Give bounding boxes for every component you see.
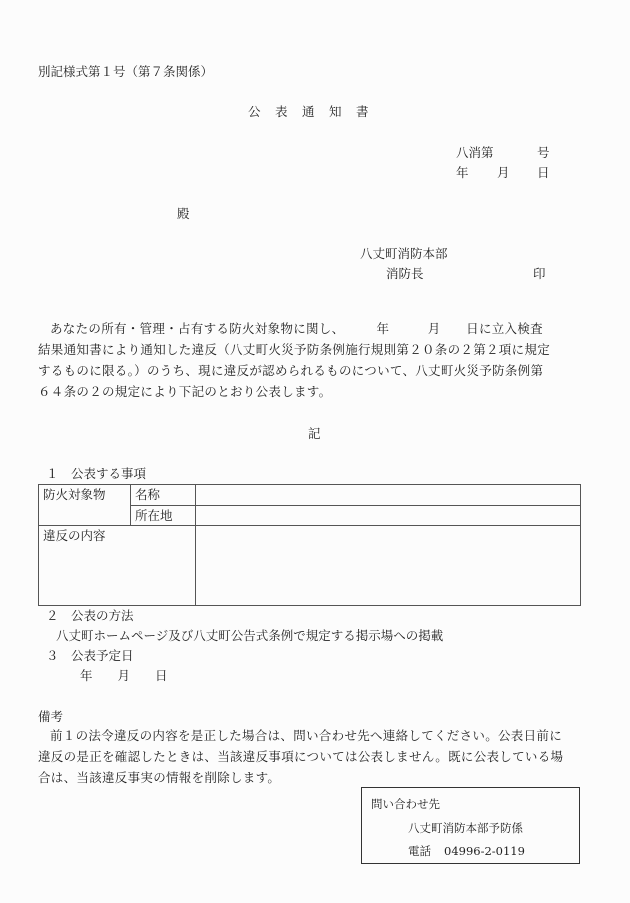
intro-line: するものに限る。）のうち、現に違反が認められるものについて、八丈町火災予防条例第 <box>38 360 586 381</box>
cell-object-label: 防火対象物 <box>39 485 131 526</box>
remarks-heading: 備考 <box>38 711 63 724</box>
cell-violation-label: 違反の内容 <box>39 526 196 606</box>
intro-line: あなたの所有・管理・占有する防火対象物に関し、 年 月 日に立入検査 <box>38 318 586 339</box>
section-3-heading: ３ 公表予定日 <box>46 650 134 663</box>
intro-paragraph: あなたの所有・管理・占有する防火対象物に関し、 年 月 日に立入検査 結果通知書… <box>38 318 586 402</box>
reference-number-prefix: 八消第 <box>456 147 494 160</box>
section-1-heading: １ 公表する事項 <box>46 468 146 481</box>
cell-violation-value <box>196 526 581 606</box>
intro-line: ６４条の２の規定により下記のとおり公表します。 <box>38 381 586 402</box>
issuer-organization: 八丈町消防本部 <box>360 248 448 261</box>
ki-heading: 記 <box>308 428 321 441</box>
contact-phone-label: 電話 <box>408 846 431 858</box>
issuer-title: 消防長 <box>386 268 424 281</box>
contact-box: 問い合わせ先 八丈町消防本部予防係 電話 04996-2-0119 <box>361 787 580 864</box>
issue-date-day: 日 <box>537 167 550 180</box>
seal-mark: 印 <box>533 268 546 281</box>
remarks-line: 違反の是正を確認したときは、当該違反事項については公表しません。既に公表している… <box>38 746 586 767</box>
reference-number-suffix: 号 <box>537 147 550 160</box>
document-title: 公 表 通 知 書 <box>248 106 370 119</box>
intro-line: 結果通知書により通知した違反（八丈町火災予防条例施行規則第２０条の２第２項に規定 <box>38 339 586 360</box>
section-3-date: 年 月 日 <box>80 670 168 683</box>
remarks-paragraph: 前１の法令違反の内容を是正した場合は、問い合わせ先へ連絡してください。公表日前に… <box>38 725 586 788</box>
issue-date-year: 年 <box>456 167 469 180</box>
addressee-suffix: 殿 <box>177 208 190 221</box>
remarks-line: 前１の法令違反の内容を是正した場合は、問い合わせ先へ連絡してください。公表日前に <box>38 725 586 746</box>
remarks-line: 合は、当該違反事実の情報を削除します。 <box>38 767 586 788</box>
cell-name-label: 名称 <box>131 485 196 506</box>
disclosure-table: 防火対象物 名称 所在地 違反の内容 <box>38 484 581 606</box>
form-label: 別記様式第１号（第７条関係） <box>38 66 213 79</box>
contact-department: 八丈町消防本部予防係 <box>408 823 523 835</box>
section-2-body: 八丈町ホームページ及び八丈町公告式条例で規定する掲示場への掲載 <box>56 630 443 643</box>
contact-heading: 問い合わせ先 <box>371 799 440 811</box>
issue-date-month: 月 <box>497 167 510 180</box>
section-2-heading: ２ 公表の方法 <box>46 610 134 623</box>
cell-location-value <box>196 506 581 526</box>
cell-location-label: 所在地 <box>131 506 196 526</box>
contact-phone-number: 04996-2-0119 <box>444 846 525 858</box>
cell-name-value <box>196 485 581 506</box>
